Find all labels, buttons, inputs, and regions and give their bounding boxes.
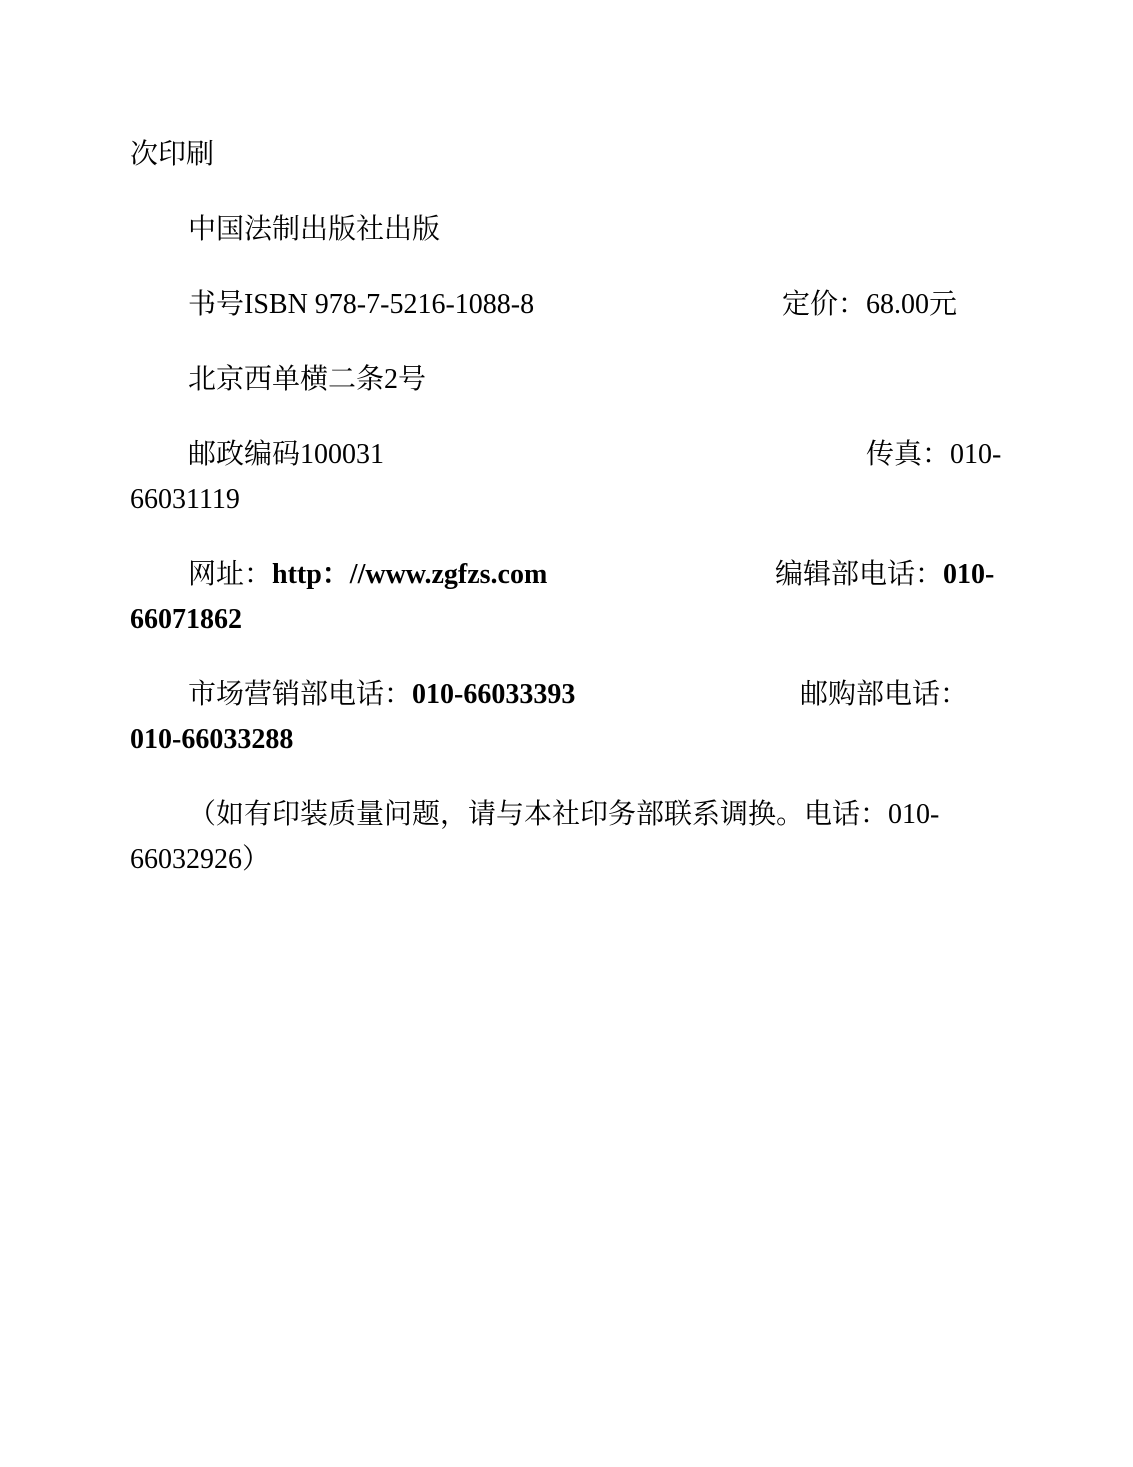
- line-publisher: 中国法制出版社出版: [0, 212, 1133, 247]
- fax-number-continuation-text: 66031119: [130, 484, 240, 515]
- line-website-editorial: 网址：http：//www.zgfzs.com 编辑部电话：010-: [0, 557, 1133, 592]
- quality-notice-continuation-text: 66032926）: [130, 844, 270, 875]
- website-label: 网址：: [188, 559, 272, 590]
- fax-label-text: 传真：010-: [866, 437, 1001, 472]
- line-quality-notice: （如有印装质量问题，请与本社印务部联系调换。电话：010-: [0, 797, 1133, 832]
- editorial-phone-prefix: 010-: [943, 559, 994, 590]
- website-url: http：//www.zgfzs.com: [272, 559, 547, 590]
- address-text: 北京西单横二条2号: [188, 364, 426, 395]
- line-editorial-continuation: 66071862: [0, 602, 1133, 637]
- quality-notice-text: （如有印装质量问题，请与本社印务部联系调换。电话：010-: [188, 799, 939, 830]
- marketing-phone-group: 市场营销部电话：010-66033393: [188, 679, 575, 710]
- publisher-text: 中国法制出版社出版: [188, 214, 440, 245]
- mail-order-phone-continuation-text: 010-66033288: [130, 724, 293, 755]
- editorial-phone-group: 编辑部电话：010-: [775, 557, 994, 592]
- line-fax-continuation: 66031119: [0, 482, 1133, 517]
- editorial-phone-continuation-text: 66071862: [130, 604, 242, 635]
- editorial-dept-label: 编辑部电话：: [775, 559, 943, 590]
- line-postcode-fax: 邮政编码100031 传真：010-: [0, 437, 1133, 472]
- mail-order-dept-label: 邮购部电话：: [800, 677, 968, 712]
- marketing-dept-label: 市场营销部电话：: [188, 679, 412, 710]
- line-quality-notice-continuation: 66032926）: [0, 842, 1133, 877]
- line-isbn-price: 书号ISBN 978-7-5216-1088-8 定价：68.00元: [0, 287, 1133, 322]
- line-mailorder-continuation: 010-66033288: [0, 722, 1133, 757]
- isbn-text: 书号ISBN 978-7-5216-1088-8: [188, 289, 534, 320]
- line-address: 北京西单横二条2号: [0, 362, 1133, 397]
- price-text: 定价：68.00元: [782, 287, 957, 322]
- document-page: 次印刷 中国法制出版社出版 书号ISBN 978-7-5216-1088-8 定…: [0, 0, 1133, 1467]
- website-group: 网址：http：//www.zgfzs.com: [188, 559, 547, 590]
- line-print-run: 次印刷: [0, 137, 1133, 172]
- marketing-phone-number: 010-66033393: [412, 679, 575, 710]
- print-run-text: 次印刷: [130, 139, 214, 170]
- line-marketing-mailorder: 市场营销部电话：010-66033393 邮购部电话：: [0, 677, 1133, 712]
- postal-code-text: 邮政编码100031: [188, 439, 384, 470]
